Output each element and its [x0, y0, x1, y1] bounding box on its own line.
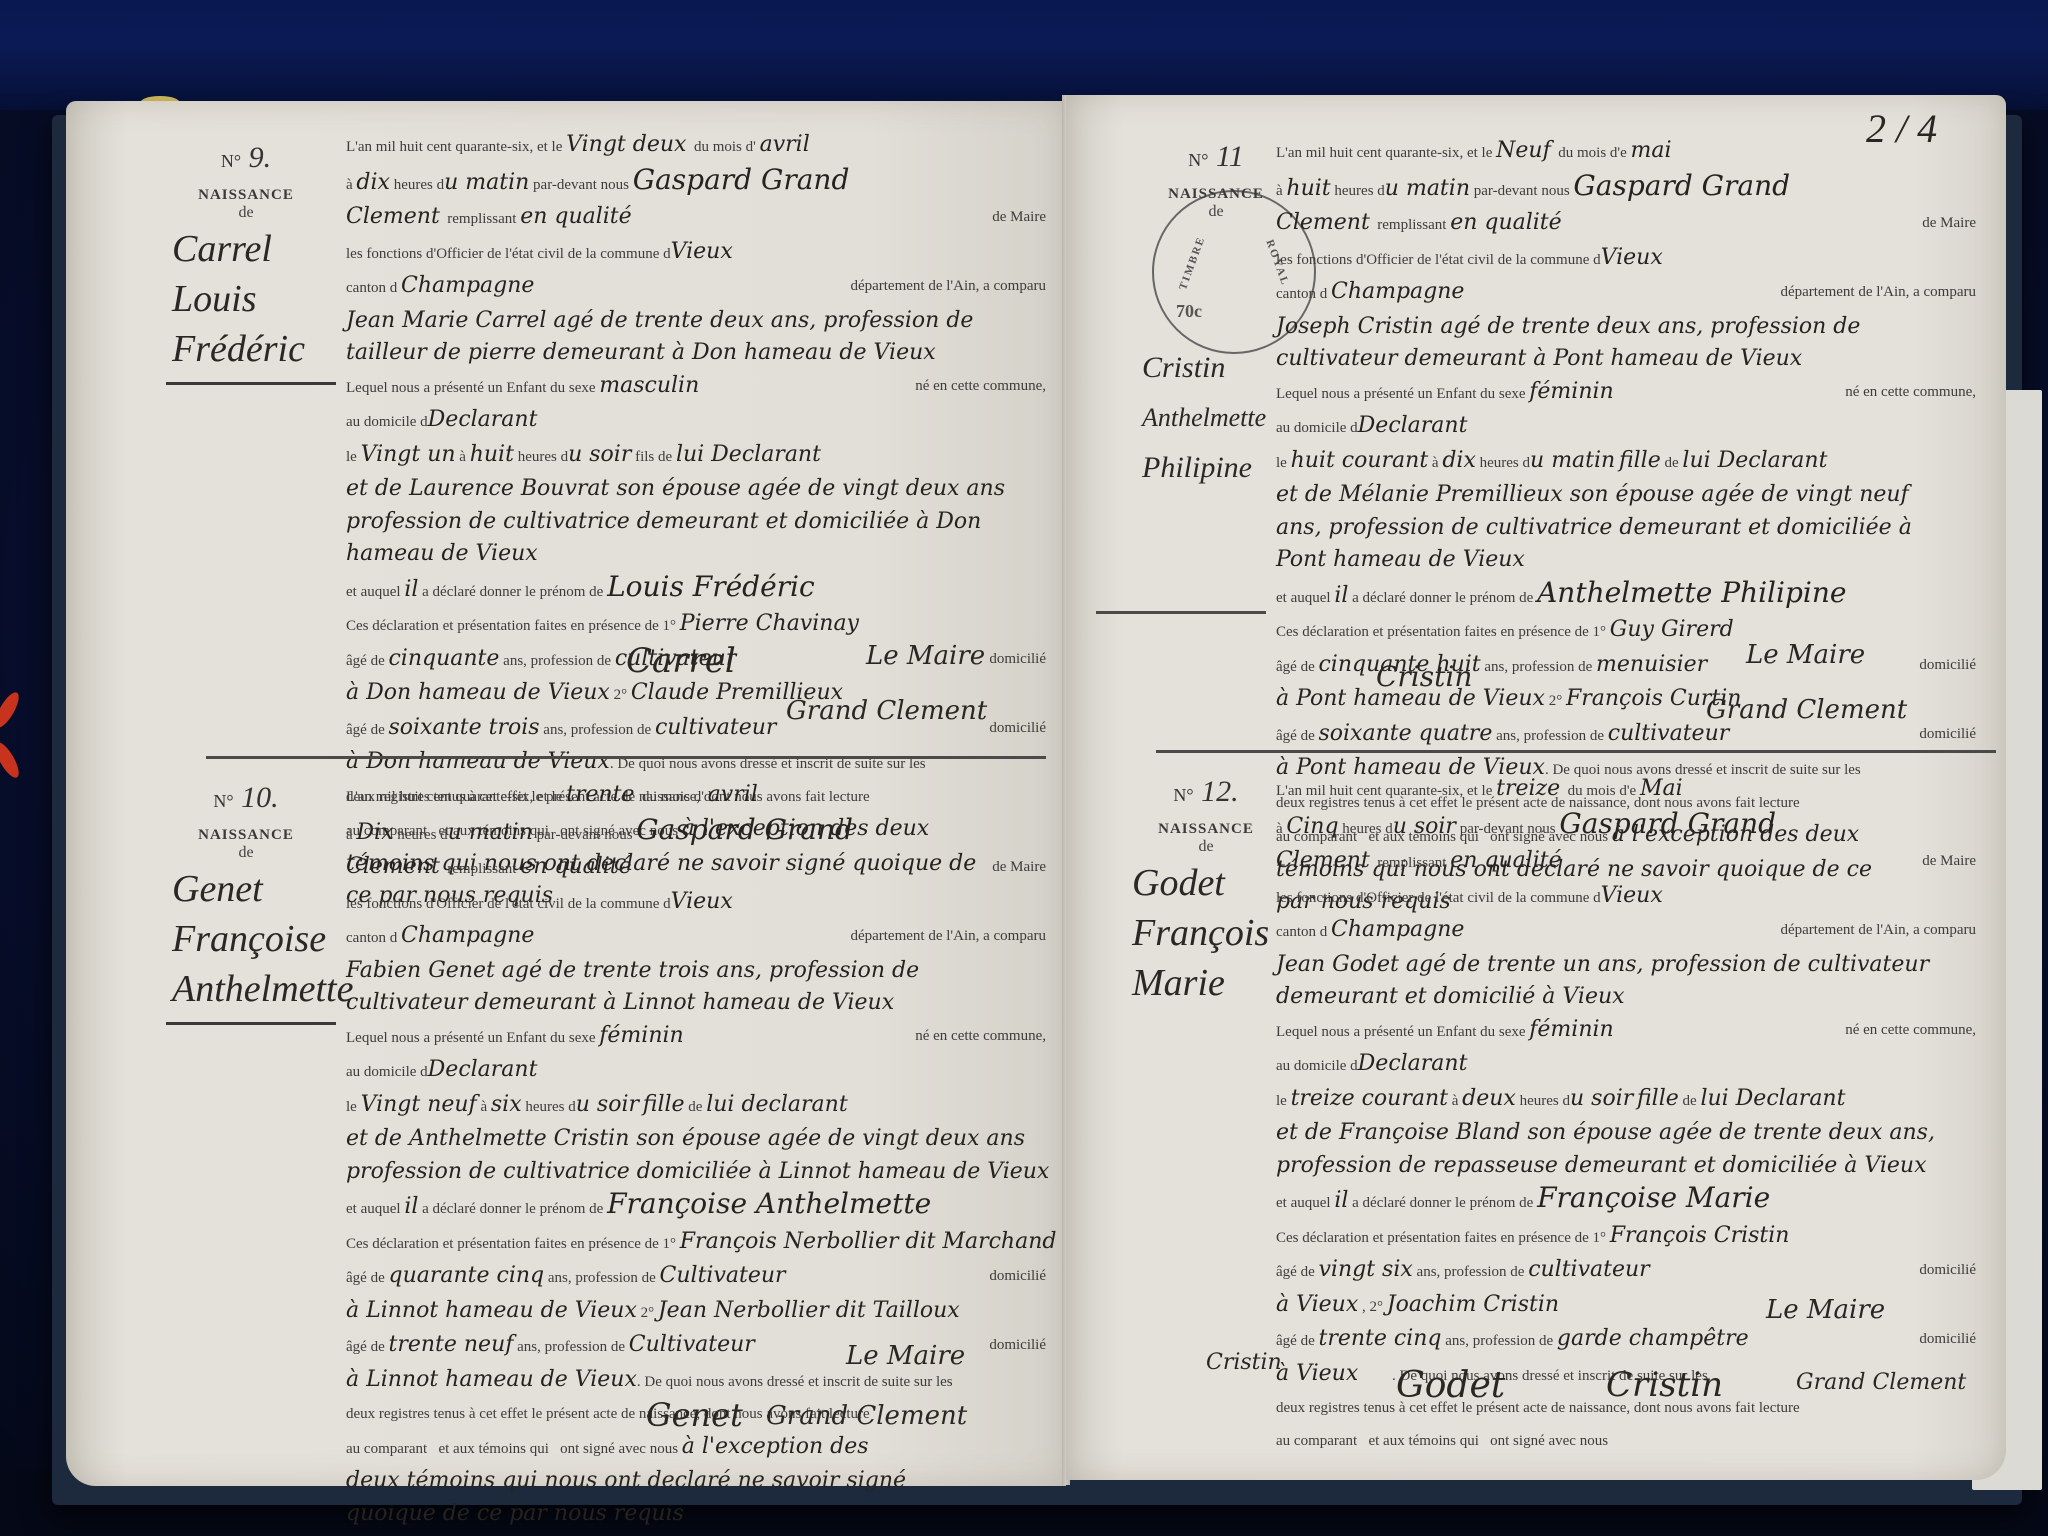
- act-line-officer: à huit heures du matin par-devant nous G…: [1276, 170, 1976, 208]
- act-line-mother-3: Pont hameau de Vieux: [1276, 544, 1976, 577]
- naissance-heading: NAISSANCE: [1136, 186, 1296, 203]
- act-line-sex: Lequel nous a présenté un Enfant du sexe…: [346, 1020, 1046, 1055]
- naissance-heading: NAISSANCE: [1126, 821, 1286, 838]
- act-line-mother-2: profession de repasseuse demeurant et do…: [1276, 1150, 1976, 1183]
- margin-rule: [166, 382, 336, 385]
- margin-surname: Carrel: [166, 226, 326, 272]
- act-margin: N° 9. NAISSANCE de Carrel Louis Frédéric: [166, 141, 326, 385]
- act-line-canton: canton d Champagne département de l'Ain,…: [346, 920, 1046, 955]
- act-number: N° 12.: [1126, 775, 1286, 809]
- signature-mayor: Grand Clement: [786, 696, 987, 726]
- act-line-mother: et de Mélanie Premillieux son épouse agé…: [1276, 479, 1976, 512]
- act-line-commune: les fonctions d'Officier de l'état civil…: [1276, 880, 1976, 915]
- act-line-domicile: au domicile dDeclarant: [346, 1054, 1046, 1089]
- act-line-date: L'an mil huit cent quarante-six, et le V…: [346, 129, 1046, 164]
- act-divider: [206, 756, 1046, 759]
- signature-declarant: Genet: [646, 1396, 743, 1434]
- margin-given-name-2: Frédéric: [166, 326, 326, 372]
- margin-rule: [166, 1022, 336, 1025]
- act-body: L'an mil huit cent quarante-six, et le t…: [1276, 773, 1976, 1457]
- act-divider: [1156, 750, 1996, 753]
- naissance-heading: NAISSANCE: [166, 187, 326, 204]
- act-line-declarant-2: demeurant et domicilié à Vieux: [1276, 981, 1976, 1014]
- act-line-commune: les fonctions d'Officier de l'état civil…: [346, 236, 1046, 271]
- act-line-declarant: Fabien Genet agé de trente trois ans, pr…: [346, 955, 1046, 988]
- signature-title-maire: Le Maire: [1766, 1295, 1885, 1325]
- act-line-declarant: Joseph Cristin agé de trente deux ans, p…: [1276, 311, 1976, 344]
- act-line-officer: à Cinq heures du soir par-devant nous Ga…: [1276, 808, 1976, 846]
- act-line-declarant-2: cultivateur demeurant à Linnot hameau de…: [346, 987, 1046, 1020]
- act-line-given-name: et auquel il a déclaré donner le prénom …: [346, 571, 1046, 609]
- act-line-witness1: Ces déclaration et présentation faites e…: [1276, 1220, 1976, 1255]
- act-line-mother-3: hameau de Vieux: [346, 538, 1046, 571]
- de-label: de: [1126, 838, 1286, 856]
- act-line-closing-2: quoique de ce par nous requis: [346, 1498, 1046, 1531]
- de-label: de: [166, 844, 326, 862]
- embroidery-decoration: [0, 739, 23, 781]
- margin-surname: Cristin: [1136, 345, 1296, 391]
- act-margin: N° 10. NAISSANCE de Genet Françoise Anth…: [166, 781, 326, 1025]
- signature-witness: Cristin: [1206, 1350, 1282, 1375]
- de-label: de: [166, 204, 326, 222]
- act-line-mother-2: ans, profession de cultivatrice demeuran…: [1276, 512, 1976, 545]
- act-line-sex: Lequel nous a présenté un Enfant du sexe…: [1276, 376, 1976, 411]
- act-line-sex: Lequel nous a présenté un Enfant du sexe…: [346, 370, 1046, 405]
- act-line-given-name: et auquel il a déclaré donner le prénom …: [1276, 1182, 1976, 1220]
- margin-given-name: François: [1126, 910, 1286, 956]
- act-line-capacity: Clement remplissant en qualité de Maire: [1276, 845, 1976, 880]
- act-line-given-name: et auquel il a déclaré donner le prénom …: [346, 1188, 1046, 1226]
- act-line-capacity: Clement remplissant en qualité de Maire: [346, 201, 1046, 236]
- birth-act-10: N° 10. NAISSANCE de Genet Françoise Anth…: [66, 771, 1066, 1471]
- act-line-declarant: Jean Marie Carrel agé de trente deux ans…: [346, 305, 1046, 338]
- act-line-capacity: Clement remplissant en qualité de Maire: [1276, 207, 1976, 242]
- margin-given-name-2: Marie: [1126, 960, 1286, 1006]
- act-line-domicile: au domicile dDeclarant: [1276, 410, 1976, 445]
- act-line-witness2-age: âgé de trente cinq ans, profession de ga…: [1276, 1323, 1976, 1358]
- birth-act-9: N° 9. NAISSANCE de Carrel Louis Frédéric…: [66, 101, 1066, 751]
- act-line-signed: au comparant et aux témoins qui ont sign…: [1276, 1425, 1976, 1458]
- margin-given-name: Françoise: [166, 916, 326, 962]
- act-line-sex: Lequel nous a présenté un Enfant du sexe…: [1276, 1014, 1976, 1049]
- margin-given-name: Louis: [166, 276, 326, 322]
- act-line-witness1: Ces déclaration et présentation faites e…: [346, 608, 1046, 643]
- act-line-witness1: Ces déclaration et présentation faites e…: [346, 1226, 1046, 1261]
- act-line-canton: canton d Champagne département de l'Ain,…: [346, 270, 1046, 305]
- signature-title-maire: Le Maire: [866, 641, 985, 671]
- signature-title-maire: Le Maire: [846, 1341, 965, 1371]
- act-number: N° 9.: [166, 141, 326, 175]
- act-line-declarant-2: cultivateur demeurant à Pont hameau de V…: [1276, 343, 1976, 376]
- act-line-mother-2: profession de cultivatrice domiciliée à …: [346, 1156, 1046, 1189]
- margin-surname: Genet: [166, 866, 326, 912]
- act-line-birth: le Vingt neuf à six heures du soir fille…: [346, 1089, 1046, 1124]
- act-line-closing: deux témoins qui nous ont declaré ne sav…: [346, 1465, 1046, 1498]
- signature-mayor: Grand Clement: [1706, 695, 1907, 725]
- act-line-birth: le huit courant à dix heures du matin fi…: [1276, 445, 1976, 480]
- left-page: N° 9. NAISSANCE de Carrel Louis Frédéric…: [66, 101, 1066, 1486]
- birth-act-12: N° 12. NAISSANCE de Godet François Marie…: [1066, 765, 2006, 1465]
- margin-surname: Godet: [1126, 860, 1286, 906]
- signature-declarant: Carrel: [626, 641, 736, 681]
- margin-given-name-2: Anthelmette: [166, 966, 326, 1012]
- act-line-witness1-age: âgé de quarante cinq ans, profession de …: [346, 1260, 1046, 1295]
- de-label: de: [1136, 203, 1296, 221]
- act-line-declarant: Jean Godet agé de trente un ans, profess…: [1276, 949, 1976, 982]
- act-line-date: L'an mil huit cent quarante-six, et le N…: [1276, 135, 1976, 170]
- act-line-mother: et de Anthelmette Cristin son épouse agé…: [346, 1123, 1046, 1156]
- act-line-declarant-2: tailleur de pierre demeurant à Don hamea…: [346, 337, 1046, 370]
- margin-given-name: Anthelmette: [1136, 395, 1296, 441]
- act-number: N° 10.: [166, 781, 326, 815]
- right-page: 2 / 4 TIMBRE ROYAL 70c N° 11 NAISSANCE d…: [1066, 95, 2006, 1480]
- act-line-witness1-age: âgé de vingt six ans, profession de cult…: [1276, 1254, 1976, 1289]
- act-line-date: L'an mil huit cent quarante-six, et le t…: [1276, 773, 1976, 808]
- birth-act-11: TIMBRE ROYAL 70c N° 11 NAISSANCE de Cris…: [1066, 95, 2006, 745]
- act-line-officer: à dix heures du matin par-devant nous Ga…: [346, 164, 1046, 202]
- act-line-witness2: à Linnot hameau de Vieux 2° Jean Nerboll…: [346, 1295, 1046, 1330]
- naissance-heading: NAISSANCE: [166, 827, 326, 844]
- act-margin: N° 12. NAISSANCE de Godet François Marie: [1126, 775, 1286, 1006]
- signature-mayor: Grand Clement: [1796, 1370, 1966, 1395]
- act-line-mother: et de Françoise Bland son épouse agée de…: [1276, 1117, 1976, 1150]
- signature-witness-2: Cristin: [1606, 1365, 1723, 1405]
- act-line-canton: canton d Champagne département de l'Ain,…: [1276, 914, 1976, 949]
- act-line-domicile: au domicile dDeclarant: [346, 404, 1046, 439]
- act-line-officer: à Dix heures du matin par-devant nous Ga…: [346, 814, 1046, 852]
- background-cloth: [0, 0, 2048, 110]
- signature-mayor: Grand Clement: [766, 1401, 967, 1431]
- act-line-mother-2: profession de cultivatrice demeurant et …: [346, 506, 1046, 539]
- act-line-canton: canton d Champagne département de l'Ain,…: [1276, 276, 1976, 311]
- act-margin: N° 11 NAISSANCE de Cristin Anthelmette P…: [1136, 140, 1296, 491]
- act-line-given-name: et auquel il a déclaré donner le prénom …: [1276, 577, 1976, 615]
- act-line-birth: le Vingt un à huit heures du soir fils d…: [346, 439, 1046, 474]
- signature-declarant: Godet: [1396, 1365, 1505, 1406]
- margin-given-name-2: Philipine: [1136, 445, 1296, 491]
- act-line-capacity: Clement remplissant en qualité de Maire: [346, 851, 1046, 886]
- act-line-signed: au comparant et aux témoins qui ont sign…: [346, 1431, 1046, 1466]
- margin-rule: [1096, 611, 1266, 614]
- act-line-commune: les fonctions d'Officier de l'état civil…: [346, 886, 1046, 921]
- embroidery-decoration: [0, 689, 23, 731]
- act-line-mother: et de Laurence Bouvrat son épouse agée d…: [346, 473, 1046, 506]
- signature-title-maire: Le Maire: [1746, 640, 1865, 670]
- act-line-date: L'an mil huit cent quarante-six, et le t…: [346, 779, 1046, 814]
- signature-declarant: Cristin: [1376, 660, 1472, 693]
- act-line-domicile: au domicile dDeclarant: [1276, 1048, 1976, 1083]
- register-book: N° 9. NAISSANCE de Carrel Louis Frédéric…: [52, 95, 2027, 1495]
- act-line-witness1: Ces déclaration et présentation faites e…: [1276, 614, 1976, 649]
- act-line-commune: les fonctions d'Officier de l'état civil…: [1276, 242, 1976, 277]
- act-number: N° 11: [1136, 140, 1296, 174]
- act-line-birth: le treize courant à deux heures du soir …: [1276, 1083, 1976, 1118]
